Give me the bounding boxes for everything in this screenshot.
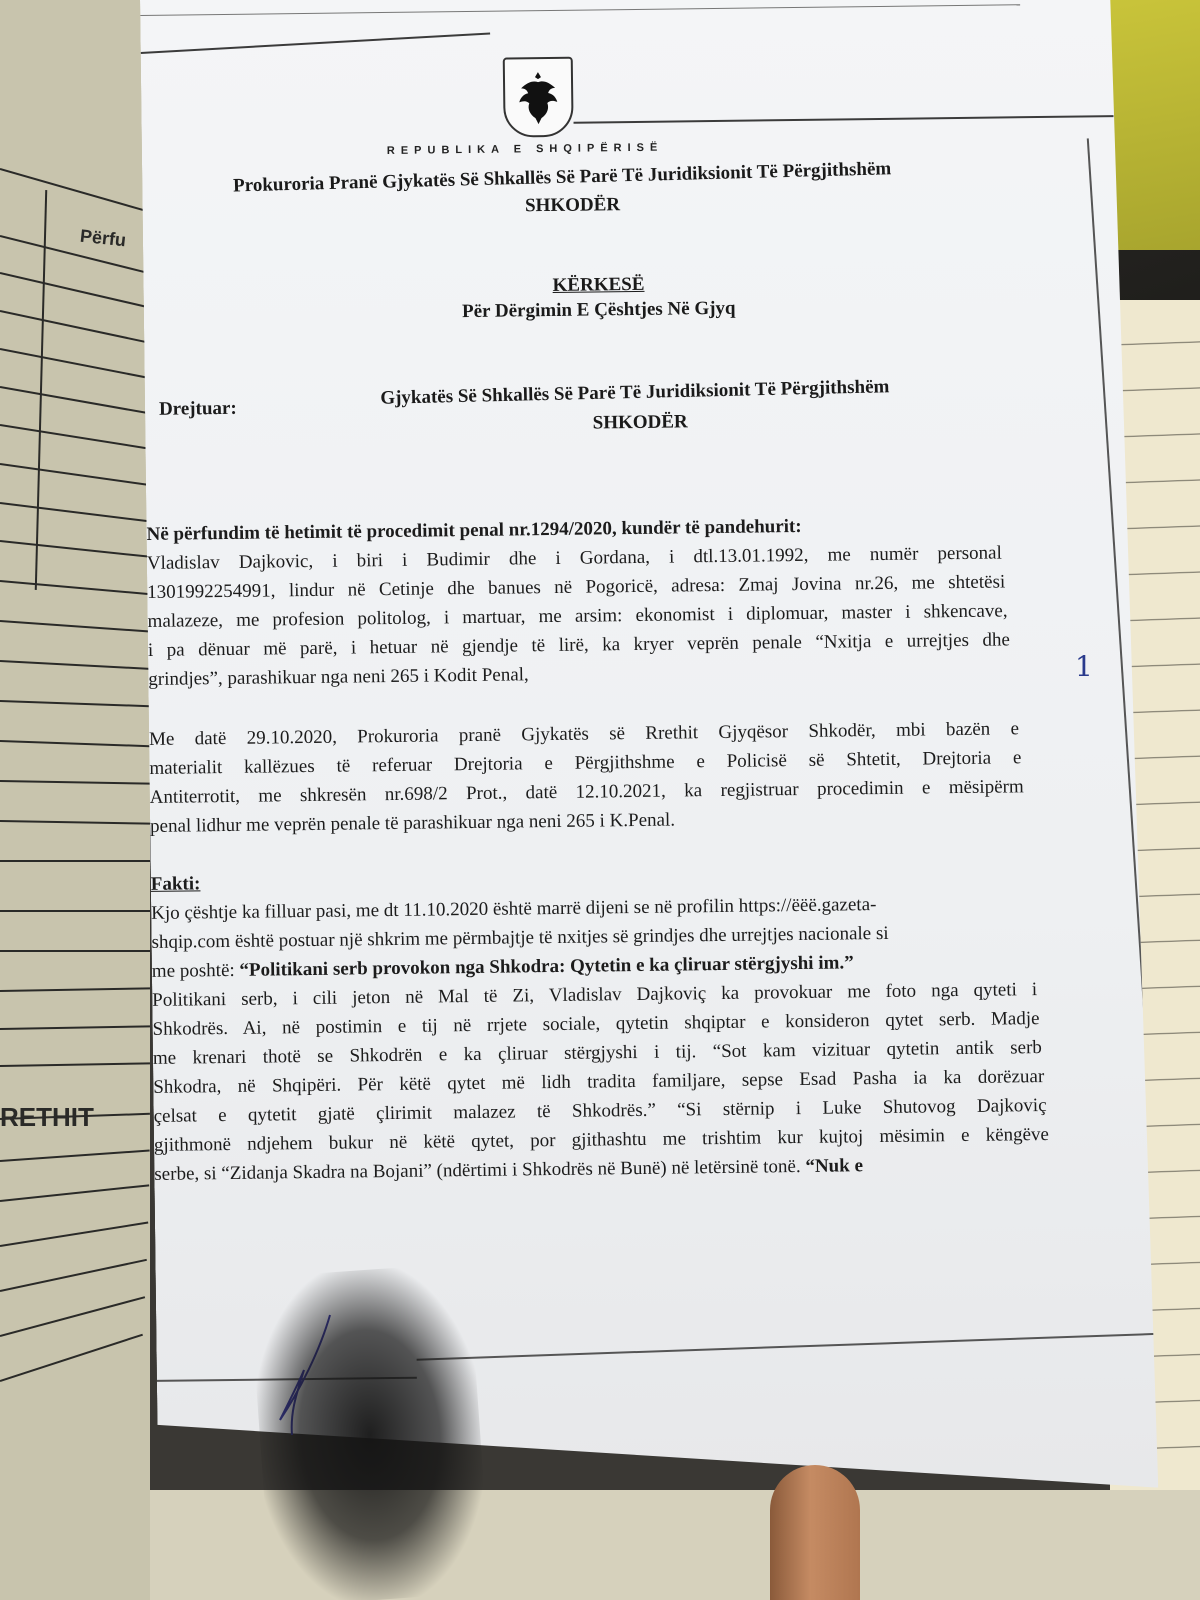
folder-rule [0,740,150,747]
albanian-eagle-emblem-icon [503,57,574,138]
folder-rule [0,1259,147,1292]
folder-rule [0,1334,143,1382]
header-rule-left [141,32,491,54]
folder-rule [0,620,150,632]
facts-quote-prefix: me poshtë: [152,960,240,982]
folder-rule [0,463,149,486]
folder-rule [0,950,150,952]
folder-rule [0,820,150,825]
folder-rule [0,540,149,558]
folder-label-bottom: RETHIT [0,1102,94,1133]
folder-rule [0,700,150,707]
handwritten-margin-mark: 1 [1075,650,1093,683]
pen-shadow [249,1263,491,1600]
folder-rule [0,1184,149,1202]
header-rule-right [574,115,1114,124]
addressee-city: SHKODËR [335,408,945,437]
addressee-court: Gjykatës Së Shkallës Së Parë Të Juridiks… [335,375,935,411]
facts-last-line-text: serbe, si “Zidanja Skadra na Bojani” (nd… [154,1156,805,1185]
folder-rule [0,580,150,595]
folder-rule [0,987,150,992]
double-headed-eagle-icon [515,68,562,127]
finger [770,1465,860,1600]
folder-rule [0,1222,148,1247]
folder-rule [0,860,150,862]
paragraph2-line: penal lidhur me veprën penale të parashi… [150,806,675,841]
folder-rule [0,1296,145,1337]
paragraph1-line: grindjes”, parashikuar nga neni 265 i Ko… [148,660,529,694]
folder-rule [0,1150,150,1162]
folder-rule [0,910,150,912]
folder-rule [0,660,150,670]
folder-rule [0,780,150,785]
republic-name: REPUBLIKA E SHQIPËRISË [387,142,664,157]
folder-rule [0,424,148,449]
addressee-label: Drejtuar: [159,394,237,424]
folder-rule [0,502,149,522]
folder-rule [0,310,147,343]
folder-rule [0,1025,150,1030]
folder-rule [0,1062,150,1067]
file-folder: Përfu RETHIT [0,0,150,1600]
folder-rule [0,348,147,379]
folder-rule [0,272,146,308]
folder-column-line [35,190,47,590]
sheet-top-edge [140,4,1020,16]
folder-rule [0,168,144,211]
facts-heading: Fakti: [151,869,201,899]
facts-last-line-bold: “Nuk e [805,1155,863,1177]
footer-rule-right [417,1333,1157,1361]
folder-label-top: Përfu [79,226,127,252]
folder-rule [0,386,148,414]
article-headline-quote: “Politikani serb provokon nga Shkodra: Q… [239,952,853,981]
